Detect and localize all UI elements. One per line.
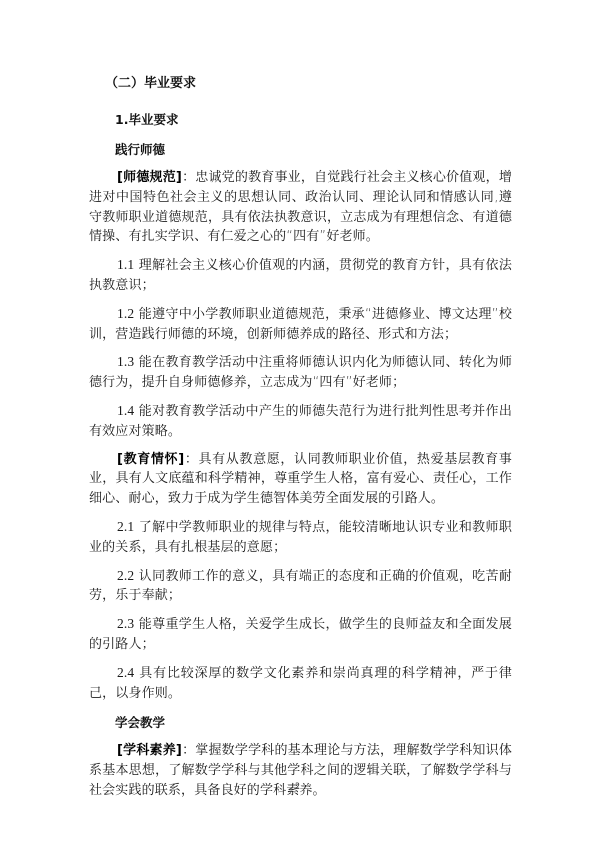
section-title: （二）毕业要求 [105,74,512,94]
requirement-tag: [师德规范] [117,170,182,185]
requirement-tag: [学科素养] [117,743,182,758]
indicator-2-4: 2.4 具有比较深厚的数学文化素养和崇尚真理的科学精神，严于律己，以身作则。 [89,663,512,704]
subsection-title: 1.毕业要求 [115,110,512,130]
requirement-subject-literacy: [学科素养]：掌握数学学科的基本理论与方法，理解数学学科知识体系基本思想，了解数… [89,741,512,800]
document-page: （二）毕业要求 1.毕业要求 践行师德 [师德规范]：忠诚党的教育事业，自觉践行… [89,74,512,801]
indicator-text: 具有比较深厚的数学文化素养和崇尚真理的科学精神，严于律己，以身作则。 [89,666,512,701]
indicator-number: 2.4 [117,665,134,680]
indicator-text: 理解社会主义核心价值观的内涵，贯彻党的教育方针，具有依法执教意识； [89,258,512,293]
indicator-number: 2.2 [117,568,134,583]
indicator-2-1: 2.1 了解中学教师职业的规律与特点，能较清晰地认识专业和教师职业的关系，具有扎… [89,517,512,558]
indicator-number: 1.2 [117,306,134,321]
indicator-text: 认同教师工作的意义，具有端正的态度和正确的价值观，吃苦耐劳，乐于奉献； [89,569,512,604]
indicator-2-3: 2.3 能尊重学生人格，关爱学生成长，做学生的良师益友和全面发展的引路人； [89,614,512,655]
indicator-number: 1.1 [117,257,134,272]
group-heading-learn-teaching: 学会教学 [115,713,512,733]
indicator-number: 1.4 [117,403,134,418]
requirement-tag: [教育情怀] [117,452,184,467]
indicator-number: 1.3 [117,354,134,369]
indicator-1-4: 1.4 能对教育教学活动中产生的师德失范行为进行批判性思考并作出有效应对策略。 [89,401,512,442]
indicator-number: 2.1 [117,519,134,534]
indicator-text: 能尊重学生人格，关爱学生成长，做学生的良师益友和全面发展的引路人； [89,617,512,652]
indicator-text: 能在教育教学活动中注重将师德认识内化为师德认同、转化为师德行为，提升自身师德修养… [89,355,512,390]
indicator-1-3: 1.3 能在教育教学活动中注重将师德认识内化为师德认同、转化为师德行为，提升自身… [89,352,512,393]
indicator-2-2: 2.2 认同教师工作的意义，具有端正的态度和正确的价值观，吃苦耐劳，乐于奉献； [89,566,512,607]
indicator-1-2: 1.2 能遵守中小学教师职业道德规范，秉承“进德修业、博文达理”校训，营造践行师… [89,304,512,345]
indicator-text: 能遵守中小学教师职业道德规范，秉承“进德修业、博文达理”校训，营造践行师德的环境… [89,307,512,342]
indicator-text: 了解中学教师职业的规律与特点，能较清晰地认识专业和教师职业的关系，具有扎根基层的… [89,520,512,555]
group-heading-practice-ethics: 践行师德 [115,140,512,160]
indicator-1-1: 1.1 理解社会主义核心价值观的内涵，贯彻党的教育方针，具有依法执教意识； [89,255,512,296]
indicator-number: 2.3 [117,616,134,631]
page-number: 2 [0,781,595,791]
indicator-text: 能对教育教学活动中产生的师德失范行为进行批判性思考并作出有效应对策略。 [89,404,512,439]
requirement-ethics-norms: [师德规范]：忠诚党的教育事业，自觉践行社会主义核心价值观，增进对中国特色社会主… [89,168,512,247]
requirement-education-sentiment: [教育情怀]：具有从教意愿，认同教师职业价值，热爱基层教育事业，具有人文底蕴和科… [89,450,512,509]
